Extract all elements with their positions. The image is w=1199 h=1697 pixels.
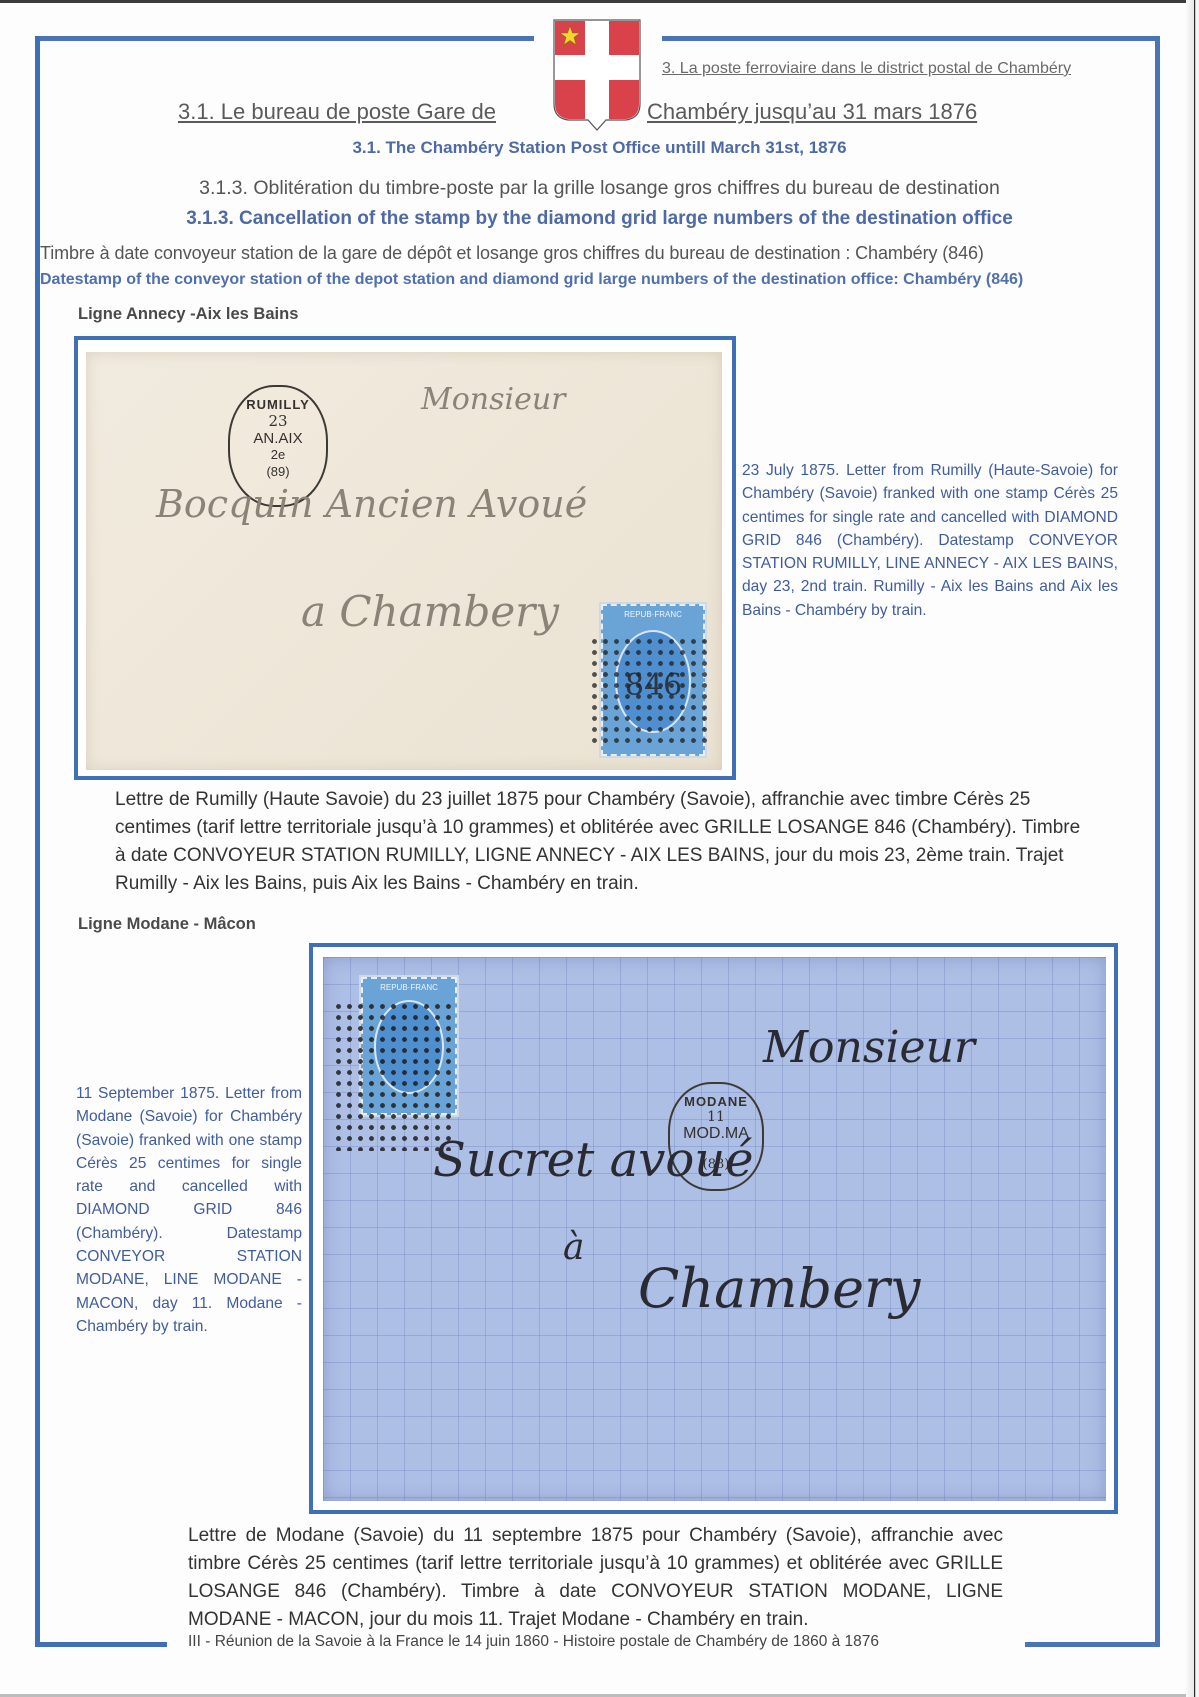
address-line: a Chambery xyxy=(301,587,559,636)
postmark-line: AN.AIX xyxy=(230,430,326,447)
subtitle-en: 3.1.3. Cancellation of the stamp by the … xyxy=(0,208,1199,230)
ceres-25c-stamp: REPUB·FRANC xyxy=(361,977,457,1115)
description-fr: Timbre à date convoyeur station de la ga… xyxy=(40,243,984,264)
envelope: RUMILLY 23 AN.AIX 2e (89) Monsieur Bocqu… xyxy=(86,352,722,770)
stamp-inscription: REPUB·FRANC xyxy=(603,610,703,619)
caption-fr-rumilly: Lettre de Rumilly (Haute Savoie) du 23 j… xyxy=(115,786,1085,898)
postmark-train: 2e xyxy=(230,447,326,462)
description-en: Datestamp of the conveyor station of the… xyxy=(40,271,1023,289)
line-label-annecy-aix: Ligne Annecy -Aix les Bains xyxy=(78,305,298,324)
address-line: Monsieur xyxy=(763,1022,975,1073)
postmark-day: 23 xyxy=(230,412,326,430)
savoy-cross-shield-icon xyxy=(552,18,642,138)
page-title-en: 3.1. The Chambéry Station Post Office un… xyxy=(0,138,1199,158)
frame-top-right xyxy=(662,36,1160,41)
address-line: Sucret avoué xyxy=(433,1132,754,1188)
cancel-number: 846 xyxy=(625,668,682,703)
postmark-dept: (89) xyxy=(230,464,326,479)
frame-top-left xyxy=(38,36,534,41)
page-footer: III - Réunion de la Savoie à la France l… xyxy=(188,1633,879,1651)
frame-bottom-right xyxy=(1025,1642,1160,1647)
postmark-day: 11 xyxy=(670,1109,762,1125)
subtitle-fr: 3.1.3. Oblitération du timbre-poste par … xyxy=(0,177,1199,200)
cover-image-modane: REPUB·FRANC MODANE 11 MOD.MA (88) Monsie… xyxy=(309,943,1118,1514)
scan-top-edge xyxy=(0,0,1199,3)
section-link[interactable]: 3. La poste ferroviaire dans le district… xyxy=(662,60,1071,78)
address-line: Chambery xyxy=(638,1257,920,1320)
postmark-town: MODANE xyxy=(670,1094,762,1109)
postmark-town: RUMILLY xyxy=(230,397,326,412)
ceres-25c-stamp: REPUB·FRANC 846 xyxy=(601,604,705,756)
page-title-fr-part1: 3.1. Le bureau de poste Gare de xyxy=(178,99,496,125)
frame-bottom-left xyxy=(35,1642,167,1647)
caption-fr-modane: Lettre de Modane (Savoie) du 11 septembr… xyxy=(188,1522,1003,1634)
diamond-grid-cancel xyxy=(333,1001,453,1151)
letter-sheet: REPUB·FRANC MODANE 11 MOD.MA (88) Monsie… xyxy=(323,957,1106,1501)
address-line: Monsieur xyxy=(421,382,566,417)
scan-right-edge xyxy=(1186,0,1199,1697)
frame-right xyxy=(1155,36,1160,1647)
stamp-inscription: REPUB·FRANC xyxy=(363,983,455,992)
address-line: Bocquin Ancien Avoué xyxy=(156,482,587,526)
line-label-modane-macon: Ligne Modane - Mâcon xyxy=(78,915,256,934)
caption-en-rumilly: 23 July 1875. Letter from Rumilly (Haute… xyxy=(742,459,1118,622)
page-title-fr-part2: Chambéry jusqu’au 31 mars 1876 xyxy=(647,99,977,125)
cover-image-rumilly: RUMILLY 23 AN.AIX 2e (89) Monsieur Bocqu… xyxy=(74,336,736,780)
caption-en-modane: 11 September 1875. Letter from Modane (S… xyxy=(76,1082,302,1338)
address-line: à xyxy=(563,1227,584,1268)
